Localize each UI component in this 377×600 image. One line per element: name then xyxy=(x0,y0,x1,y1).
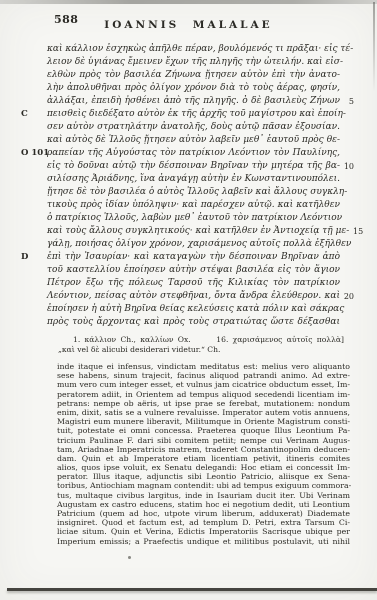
greek-text-line: ἀλλάξαι, ἐπειδὴ ἠσθένει ἀπὸ τῆς πληγῆς. … xyxy=(20,95,354,108)
greek-line-text: ἀλλάξαι, ἐπειδὴ ἠσθένει ἀπὸ τῆς πληγῆς. … xyxy=(47,95,340,108)
latin-commentary-line: alios, quos ipse voluit, ex Senatu deleg… xyxy=(57,463,350,472)
latin-commentary-line: Magistri eum munere liberavit, Militumqu… xyxy=(57,417,350,426)
greek-line-text: ραπείαν τῆς Αὐγούστας τὸν πατρίκιον Λεόν… xyxy=(47,147,340,160)
line-number xyxy=(340,316,354,329)
line-number xyxy=(342,212,356,225)
line-number xyxy=(353,43,367,56)
latin-commentary-line: petrans: nempe ob aëris, ut ipse prae se… xyxy=(57,399,350,408)
line-number xyxy=(343,56,357,69)
greek-text-block: καὶ κάλλιον ἐσχηκὼς ἀπῆλθε πέραν, βουλόμ… xyxy=(20,43,354,329)
greek-line-text: σιλίσσης Ἀριάδνης, ἵνα ἀναγάγῃ αὐτὴν ἐν … xyxy=(47,173,340,186)
greek-line-text: καὶ τοὺς ἄλλους συγκλητικούς· καὶ κατῆλθ… xyxy=(47,225,349,238)
margin-siglum xyxy=(20,225,47,238)
greek-line-text: ελθὼν πρὸς τὸν βασιλέα Ζήνωνα ᾔτησεν αὐτ… xyxy=(47,69,340,82)
margin-siglum xyxy=(20,303,47,316)
greek-line-text: Λεόντιον, πείσας αὐτὸν στεφθῆναι, ὄντα ἄ… xyxy=(47,290,340,303)
line-number xyxy=(340,147,354,160)
scan-speck xyxy=(128,556,131,559)
margin-siglum: D xyxy=(20,251,47,264)
greek-text-line: καὶ κάλλιον ἐσχηκὼς ἀπῆλθε πέραν, βουλόμ… xyxy=(20,43,354,56)
greek-line-text: ὁ πατρίκιος Ἰλλοῦς, λαβὼν μεθ᾽ ἑαυτοῦ τὸ… xyxy=(47,212,342,225)
apparatus-line: 1. κάλλιον Ch., καλλίων Ox. 16. χαρισάμε… xyxy=(58,335,344,345)
greek-line-text: λειον δὲ ὑγιάνας ἔμεινεν ἔχων τῆς πληγῆς… xyxy=(47,56,343,69)
margin-siglum xyxy=(20,238,47,251)
greek-line-text: καὶ κάλλιον ἐσχηκὼς ἀπῆλθε πέραν, βουλόμ… xyxy=(47,43,353,56)
greek-line-text: γάλῃ, ποιήσας ὀλίγον χρόνον, χαρισάμενος… xyxy=(47,238,351,251)
apparatus-line: „καὶ vel δὲ alicubi desiderari videtur.“… xyxy=(58,345,344,355)
latin-commentary-line: Imperium emissis; a Praefectis undique e… xyxy=(57,537,350,546)
line-number xyxy=(347,186,361,199)
greek-text-line: λὴν ἀπολυθῆναι πρὸς ὀλίγον χρόνον διὰ τὸ… xyxy=(20,82,354,95)
greek-text-line: Πέτρον ἔξω τῆς πόλεως Ταρσοῦ τῆς Κιλικία… xyxy=(20,277,354,290)
margin-siglum xyxy=(20,186,47,199)
greek-text-line: C πεισθεὶς διεδέξατο αὐτὸν ἐκ τῆς ἀρχῆς … xyxy=(20,108,354,121)
margin-siglum xyxy=(20,290,47,303)
greek-text-line: εἰς τὸ δοῦναι αὐτῷ τὴν δέσποιναν Βηρῖναν… xyxy=(20,160,354,173)
greek-line-text: καὶ αὐτὸς δὲ Ἰλλοῦς ᾔτησεν αὐτὸν λαβεῖν … xyxy=(47,134,340,147)
greek-text-line: ὁ πατρίκιος Ἰλλοῦς, λαβὼν μεθ᾽ ἑαυτοῦ τὸ… xyxy=(20,212,354,225)
line-number xyxy=(340,134,354,147)
margin-siglum xyxy=(20,69,47,82)
line-number xyxy=(340,277,354,290)
line-number xyxy=(346,108,360,121)
scan-top-edge xyxy=(0,0,377,4)
line-number xyxy=(340,82,354,95)
latin-commentary-line: toribus, Antiochiam magnam contendit: ub… xyxy=(57,481,350,490)
greek-line-text: εἰς τὸ δοῦναι αὐτῷ τὴν δέσποιναν Βηρῖναν… xyxy=(47,160,340,173)
margin-siglum xyxy=(20,199,47,212)
line-number: 10 xyxy=(340,160,354,173)
latin-commentary-line: inde itaque ei infensus, vindictam medit… xyxy=(57,362,350,371)
greek-text-line: ελθὼν πρὸς τὸν βασιλέα Ζήνωνα ᾔτησεν αὐτ… xyxy=(20,69,354,82)
latin-commentary-line: peratorem adiit, in Orientem ad tempus a… xyxy=(57,390,350,399)
line-number xyxy=(340,264,354,277)
latin-commentary-line: tricium Paulinae F. dari sibi comitem pe… xyxy=(57,436,350,445)
latin-commentary-line: Augustam ex castro educens, statim hoc e… xyxy=(57,500,350,509)
greek-line-text: ᾔτησε δὲ τὸν βασιλέα ὁ αὐτὸς Ἰλλοῦς λαβε… xyxy=(47,186,347,199)
latin-commentary-line: enim, dixit, satis se a vulnere revaluis… xyxy=(57,408,350,417)
line-number: 15 xyxy=(349,225,363,238)
latin-commentary-line: perator. Illus itaque, adjunctis sibi Le… xyxy=(57,472,350,481)
margin-siglum xyxy=(20,43,47,56)
margin-siglum xyxy=(20,173,47,186)
margin-siglum xyxy=(20,212,47,225)
latin-commentary-line: tam, Ariadnae Imperatricis matrem, trade… xyxy=(57,445,350,454)
greek-text-line: τοῦ καστελλίου ἐποίησεν αὐτὴν στέψαι βασ… xyxy=(20,264,354,277)
greek-line-text: Πέτρον ἔξω τῆς πόλεως Ταρσοῦ τῆς Κιλικία… xyxy=(47,277,340,290)
greek-text-line: D ἐπὶ τὴν Ἰσαυρίαν· καὶ καταγαγὼν τὴν δέ… xyxy=(20,251,354,264)
latin-commentary-line: Patricium (quem ad hoc, utpote virum lib… xyxy=(57,509,350,518)
greek-line-text: ἐπὶ τὴν Ἰσαυρίαν· καὶ καταγαγὼν τὴν δέσπ… xyxy=(47,251,340,264)
margin-siglum: O 101 xyxy=(20,147,47,160)
greek-text-line: πρὸς τοὺς ἄρχοντας καὶ πρὸς τοὺς στρατιώ… xyxy=(20,316,354,329)
greek-line-text: πεισθεὶς διεδέξατο αὐτὸν ἐκ τῆς ἀρχῆς το… xyxy=(47,108,346,121)
latin-commentary-line: tuit, potestate ei omni concessa. Praete… xyxy=(57,426,350,435)
line-number xyxy=(351,238,365,251)
line-number xyxy=(344,303,358,316)
greek-text-line: Λεόντιον, πείσας αὐτὸν στεφθῆναι, ὄντα ἄ… xyxy=(20,290,354,303)
margin-siglum xyxy=(20,95,47,108)
latin-commentary-line: tus, multaque civibus largitus, inde in … xyxy=(57,491,350,500)
greek-text-line: O 101 ραπείαν τῆς Αὐγούστας τὸν πατρίκιο… xyxy=(20,147,354,160)
margin-siglum xyxy=(20,316,47,329)
line-number xyxy=(340,69,354,82)
line-number: 20 xyxy=(340,290,354,303)
line-number xyxy=(340,121,354,134)
greek-text-line: σιλίσσης Ἀριάδνης, ἵνα ἀναγάγῃ αὐτὴν ἐν … xyxy=(20,173,354,186)
scan-bottom-edge xyxy=(7,588,377,591)
greek-text-line: ᾔτησε δὲ τὸν βασιλέα ὁ αὐτὸς Ἰλλοῦς λαβε… xyxy=(20,186,354,199)
running-title: IOANNIS MALALAE xyxy=(104,19,272,31)
latin-commentary-line: dam. Quin et ab Imperatore etiam licenti… xyxy=(57,454,350,463)
margin-siglum xyxy=(20,160,47,173)
greek-line-text: πρὸς τοὺς ἄρχοντας καὶ πρὸς τοὺς στρατιώ… xyxy=(47,316,340,329)
greek-text-line: τικοὺς πρὸς ἰδίαν ὑπόληψιν· καὶ παρέσχεν… xyxy=(20,199,354,212)
greek-text-line: καὶ τοὺς ἄλλους συγκλητικούς· καὶ κατῆλθ… xyxy=(20,225,354,238)
latin-commentary-line: liciae situm. Quin et Verina, Edictis Im… xyxy=(57,527,350,536)
greek-text-line: σεν αὐτὸν στρατηλάτην ἀνατολῆς, δοὺς αὐτ… xyxy=(20,121,354,134)
greek-line-text: ἐποίησεν ἡ αὐτὴ Βηρῖνα θείας κελεύσεις κ… xyxy=(47,303,344,316)
margin-siglum xyxy=(20,82,47,95)
margin-siglum xyxy=(20,134,47,147)
margin-siglum xyxy=(20,277,47,290)
latin-commentary-line: insigniret. Quod et factum est, ad templ… xyxy=(57,518,350,527)
book-page-scan: 588 IOANNIS MALALAE καὶ κάλλιον ἐσχηκὼς … xyxy=(0,0,377,600)
latin-commentary-line: mum vero cum integer esset, et vulnus ja… xyxy=(57,380,350,389)
page-header: 588 IOANNIS MALALAE xyxy=(0,13,377,29)
line-number: 5 xyxy=(340,95,354,108)
greek-line-text: τικοὺς πρὸς ἰδίαν ὑπόληψιν· καὶ παρέσχεν… xyxy=(47,199,340,212)
greek-text-line: ἐποίησεν ἡ αὐτὴ Βηρῖνα θείας κελεύσεις κ… xyxy=(20,303,354,316)
greek-line-text: τοῦ καστελλίου ἐποίησεν αὐτὴν στέψαι βασ… xyxy=(47,264,340,277)
latin-commentary-block: inde itaque ei infensus, vindictam medit… xyxy=(57,362,350,546)
line-number xyxy=(340,173,354,186)
latin-commentary-line: sese habens, sinum trajecit, facinus ali… xyxy=(57,371,350,380)
greek-text-line: λειον δὲ ὑγιάνας ἔμεινεν ἔχων τῆς πληγῆς… xyxy=(20,56,354,69)
page-number: 588 xyxy=(54,13,78,26)
critical-apparatus-block: 1. κάλλιον Ch., καλλίων Ox. 16. χαρισάμε… xyxy=(58,335,344,355)
line-number xyxy=(340,251,354,264)
margin-siglum: C xyxy=(20,108,47,121)
line-number xyxy=(340,199,354,212)
greek-text-line: γάλῃ, ποιήσας ὀλίγον χρόνον, χαρισάμενος… xyxy=(20,238,354,251)
greek-line-text: λὴν ἀπολυθῆναι πρὸς ὀλίγον χρόνον διὰ τὸ… xyxy=(47,82,340,95)
margin-siglum xyxy=(20,121,47,134)
greek-line-text: σεν αὐτὸν στρατηλάτην ἀνατολῆς, δοὺς αὐτ… xyxy=(47,121,340,134)
margin-siglum xyxy=(20,56,47,69)
margin-siglum xyxy=(20,264,47,277)
greek-text-line: καὶ αὐτὸς δὲ Ἰλλοῦς ᾔτησεν αὐτὸν λαβεῖν … xyxy=(20,134,354,147)
